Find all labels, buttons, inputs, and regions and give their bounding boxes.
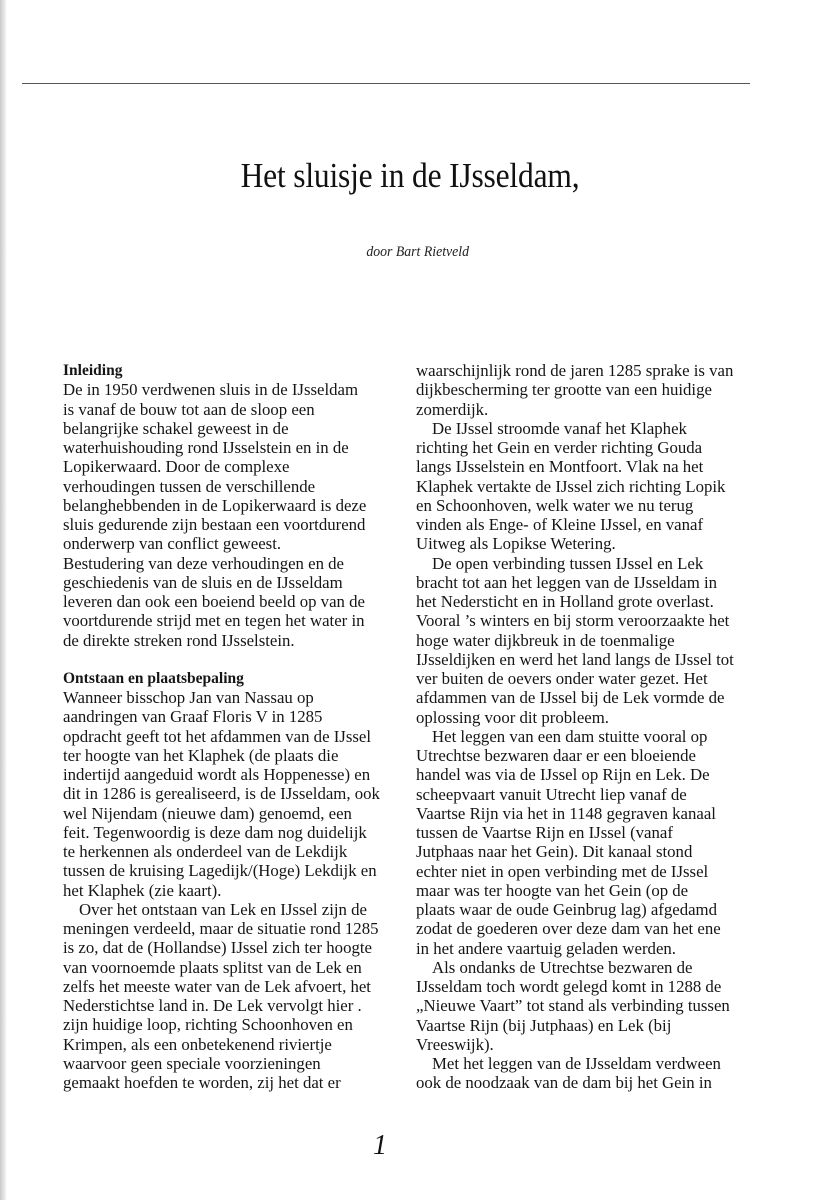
text-line: Jutphaas naar het Gein). Dit kanaal ston… <box>416 842 736 861</box>
header-rule <box>22 83 750 84</box>
text-line: dit in 1286 is gerealiseerd, is de IJsse… <box>63 784 363 803</box>
text-line: plaats waar de oude Geinbrug lag) afgeda… <box>416 900 736 919</box>
text-line: waterhuishouding rond IJsselstein en in … <box>63 438 363 457</box>
text-line: langs IJsselstein en Montfoort. Vlak na … <box>416 457 736 476</box>
section-heading-inleiding: Inleiding <box>63 361 363 380</box>
text-line: Klaphek vertakte de IJssel zich richting… <box>416 477 736 496</box>
text-line: handel was via de IJssel op Rijn en Lek.… <box>416 765 736 784</box>
text-line: opdracht geeft tot het afdammen van de I… <box>63 727 363 746</box>
text-line: echter niet in open verbinding met de IJ… <box>416 862 736 881</box>
text-line: Bestudering van deze verhoudingen en de <box>63 554 363 573</box>
text-line: verhoudingen tussen de verschillende <box>63 477 363 496</box>
text-line: is vanaf de bouw tot aan de sloop een <box>63 400 363 419</box>
text-line: Over het ontstaan van Lek en IJssel zijn… <box>63 900 363 919</box>
text-line: onderwerp van conflict geweest. <box>63 534 363 553</box>
text-line: Nederstichtse land in. De Lek vervolgt h… <box>63 996 363 1015</box>
text-line: Vaartse Rijn (bij Jutphaas) en Lek (bij <box>416 1016 736 1035</box>
text-line: vinden als Enge- of Kleine IJssel, en va… <box>416 515 736 534</box>
text-line: dijkbescherming ter grootte van een huid… <box>416 380 736 399</box>
text-line: het Klaphek (zie kaart). <box>63 881 363 900</box>
text-line: oplossing voor dit probleem. <box>416 708 736 727</box>
text-line: ook de noodzaak van de dam bij het Gein … <box>416 1073 736 1092</box>
text-line: in het andere vaartuig geladen werden. <box>416 939 736 958</box>
text-line: zelfs het meeste water van de Lek afvoer… <box>63 977 363 996</box>
text-line: meningen verdeeld, maar de situatie rond… <box>63 919 363 938</box>
text-line: waarvoor geen speciale voorzieningen <box>63 1054 363 1073</box>
page-number: 1 <box>0 1130 760 1162</box>
text-line: tussen de Vaartse Rijn en IJssel (vanaf <box>416 823 736 842</box>
text-line: sluis gedurende zijn bestaan een voortdu… <box>63 515 363 534</box>
text-line: Uitweg als Lopikse Wetering. <box>416 534 736 553</box>
text-line: is zo, dat de (Hollandse) IJssel zich te… <box>63 938 363 957</box>
text-line: De in 1950 verdwenen sluis in de IJsseld… <box>63 380 363 399</box>
text-line: Vooral ’s winters en bij storm veroorzaa… <box>416 611 736 630</box>
text-line: van voornoemde plaats splitst van de Lek… <box>63 958 363 977</box>
right-column: waarschijnlijk rond de jaren 1285 sprake… <box>416 361 736 1093</box>
text-line: bracht tot aan het leggen van de IJsseld… <box>416 573 736 592</box>
text-line: en Schoonhoven, welk water we nu terug <box>416 496 736 515</box>
text-line: Vreeswijk). <box>416 1035 736 1054</box>
text-line: Vaartse Rijn via het in 1148 gegraven ka… <box>416 804 736 823</box>
text-line: zijn huidige loop, richting Schoonhoven … <box>63 1015 363 1034</box>
text-line: Lopikerwaard. Door de complexe <box>63 457 363 476</box>
text-line: maar was ter hoogte van het Gein (op de <box>416 881 736 900</box>
text-line: feit. Tegenwoordig is deze dam nog duide… <box>63 823 363 842</box>
section-heading-ontstaan: Ontstaan en plaatsbepaling <box>63 669 363 688</box>
text-line: tussen de kruising Lagedijk/(Hoge) Lekdi… <box>63 861 363 880</box>
page-edge-shadow <box>0 0 7 1200</box>
text-line: zomerdijk. <box>416 400 736 419</box>
text-line: zodat de goederen over deze dam van het … <box>416 919 736 938</box>
text-line: IJsseldijken en werd het land langs de I… <box>416 650 736 669</box>
text-line: wel Nijendam (nieuwe dam) genoemd, een <box>63 804 363 823</box>
text-line: belangrijke schakel geweest in de <box>63 419 363 438</box>
text-line: voortdurende strijd met en tegen het wat… <box>63 611 363 630</box>
text-line: Utrechtse bezwaren daar er een bloeiende <box>416 746 736 765</box>
text-line: de direkte streken rond IJsselstein. <box>63 631 363 650</box>
text-line: Krimpen, als een onbetekenend riviertje <box>63 1035 363 1054</box>
text-line: ter hoogte van het Klaphek (de plaats di… <box>63 746 363 765</box>
text-line: Met het leggen van de IJsseldam verdween <box>416 1054 736 1073</box>
text-line: De IJssel stroomde vanaf het Klaphek <box>416 419 736 438</box>
text-line: De open verbinding tussen IJssel en Lek <box>416 554 736 573</box>
text-line: belanghebbenden in de Lopikerwaard is de… <box>63 496 363 515</box>
text-line: IJsseldam toch wordt gelegd komt in 1288… <box>416 977 736 996</box>
text-line: waarschijnlijk rond de jaren 1285 sprake… <box>416 361 736 380</box>
text-line: geschiedenis van de sluis en de IJsselda… <box>63 573 363 592</box>
text-line: Het leggen van een dam stuitte vooral op <box>416 727 736 746</box>
section-gap <box>63 650 363 669</box>
article-byline: door Bart Rietveld <box>33 244 795 261</box>
text-line: Als ondanks de Utrechtse bezwaren de <box>416 958 736 977</box>
text-line: indertijd aangeduid wordt als Hoppenesse… <box>63 765 363 784</box>
text-line: gemaakt hoefden te worden, zij het dat e… <box>63 1073 363 1092</box>
text-line: richting het Gein en verder richting Gou… <box>416 438 736 457</box>
text-line: het Nedersticht en in Holland grote over… <box>416 592 736 611</box>
text-line: afdammen van de IJssel bij de Lek vormde… <box>416 688 736 707</box>
text-line: leveren dan ook een boeiend beeld op van… <box>63 592 363 611</box>
text-line: „Nieuwe Vaart” tot stand als verbinding … <box>416 996 736 1015</box>
text-line: Wanneer bisschop Jan van Nassau op <box>63 688 363 707</box>
text-line: te herkennen als onderdeel van de Lekdij… <box>63 842 363 861</box>
text-line: ver buiten de oevers onder water gezet. … <box>416 669 736 688</box>
text-line: scheepvaart vanuit Utrecht liep vanaf de <box>416 785 736 804</box>
left-column: Inleiding De in 1950 verdwenen sluis in … <box>63 361 363 1092</box>
text-line: aandringen van Graaf Floris V in 1285 <box>63 707 363 726</box>
text-line: hoge water dijkbreuk in de toenmalige <box>416 631 736 650</box>
article-title: Het sluisje in de IJsseldam, <box>41 156 779 196</box>
